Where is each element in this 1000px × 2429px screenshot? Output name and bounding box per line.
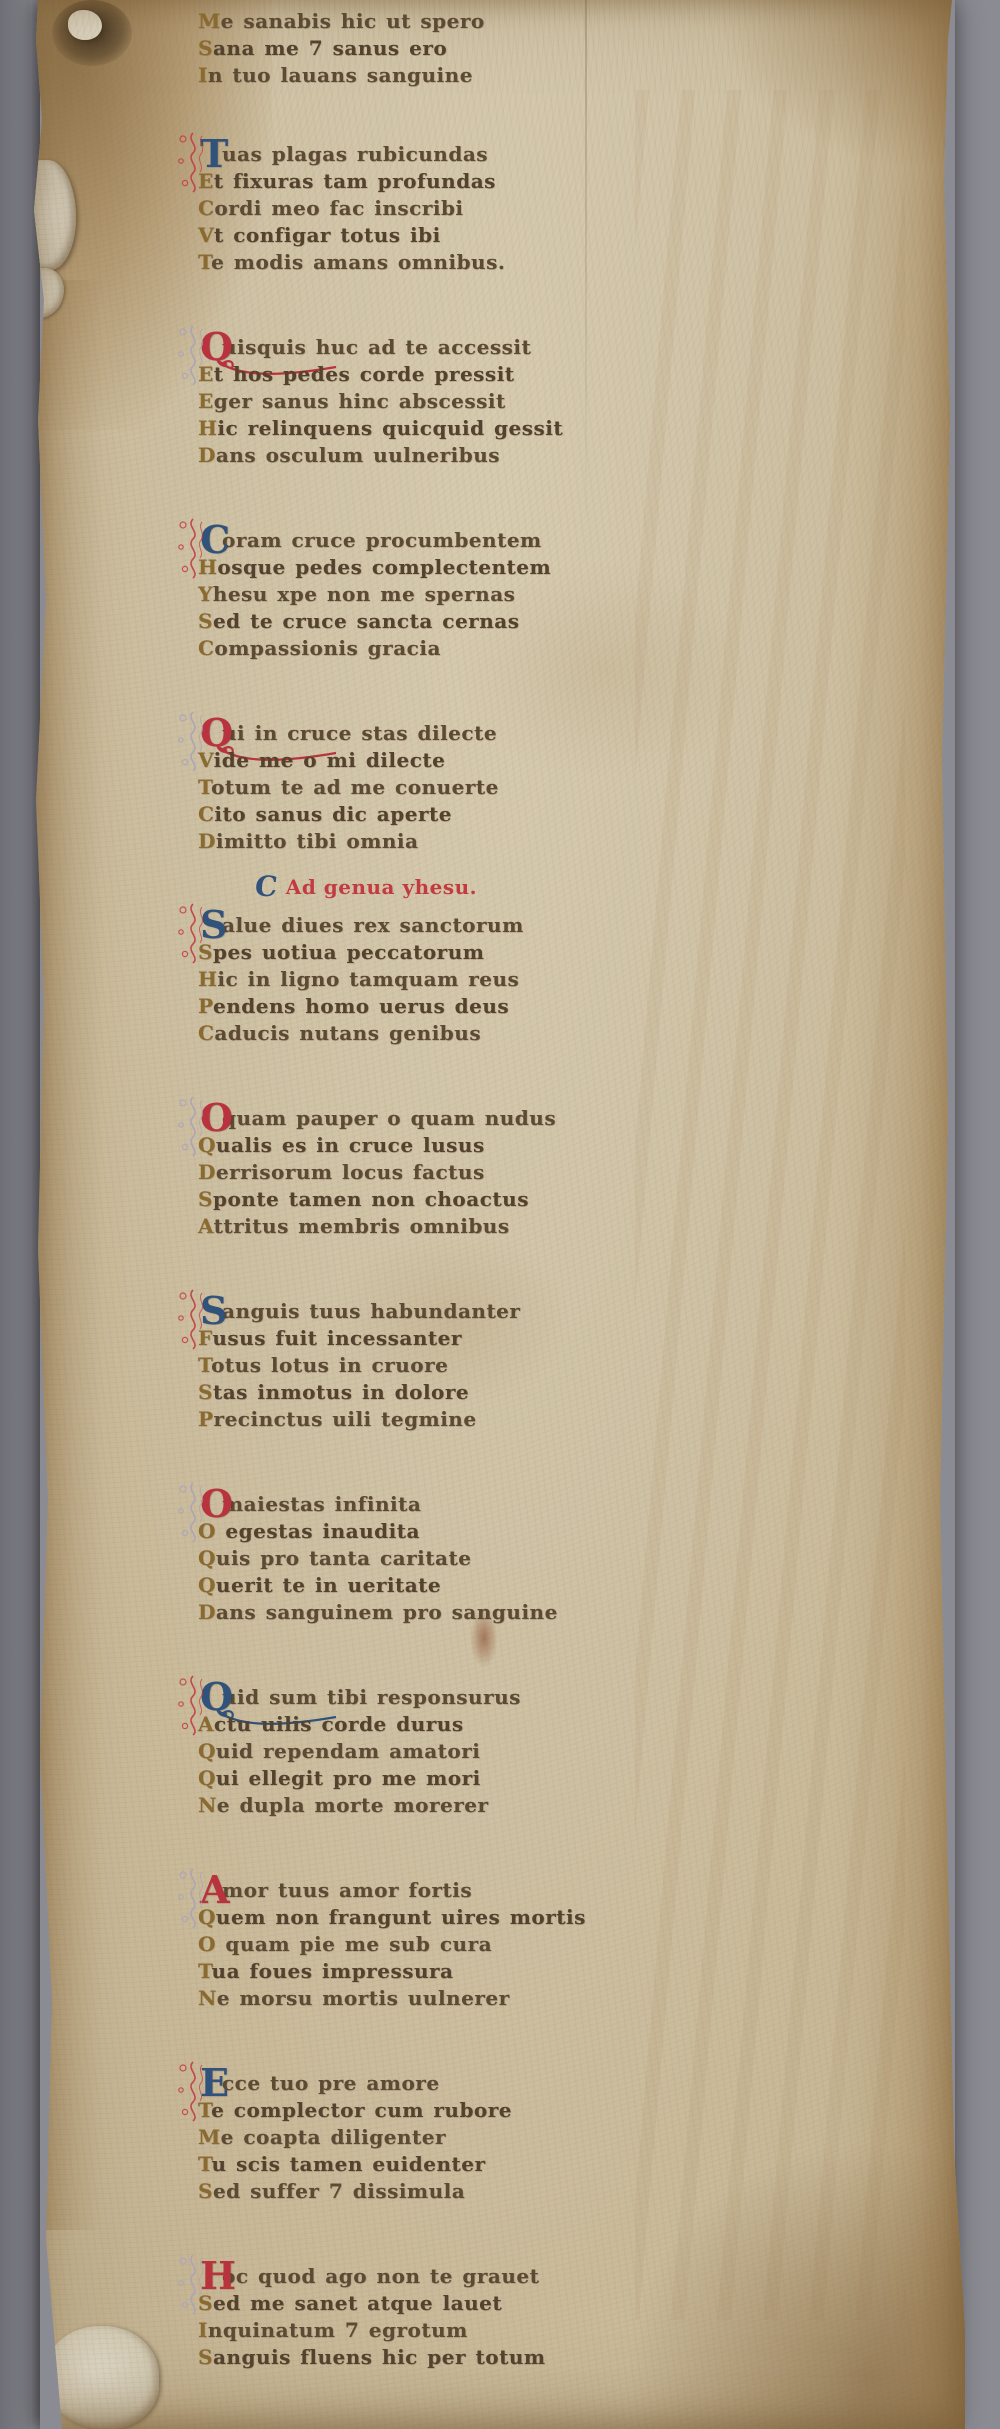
- line-initial-letter: C: [198, 802, 214, 826]
- stanza: Quid sum tibi responsurusActu uilis cord…: [160, 1684, 700, 1819]
- verse-line: Vide me o mi dilecte: [198, 747, 700, 774]
- stanza: O quam pauper o quam nudusQualis es in c…: [160, 1105, 700, 1240]
- verse-line: Totus lotus in cruore: [198, 1352, 700, 1379]
- verse-line: Amor tuus amor fortis: [198, 1877, 700, 1904]
- line-initial-letter: A: [198, 1214, 214, 1238]
- line-initial-letter: C: [198, 1021, 214, 1045]
- verse-line-text: otum te ad me conuerte: [211, 775, 499, 799]
- verse-line: Eger sanus hinc abscessit: [198, 388, 700, 415]
- verse-line: Sanguis tuus habundanter: [198, 1298, 700, 1325]
- verse-line: Me coapta diligenter: [198, 2124, 700, 2151]
- verse-line: Sed te cruce sancta cernas: [198, 608, 700, 635]
- line-initial-letter: N: [198, 1986, 217, 2010]
- verse-line: Hic relinquens quicquid gessit: [198, 415, 700, 442]
- line-initial-letter: S: [198, 1380, 213, 1404]
- line-initial-letter: T: [198, 2098, 211, 2122]
- verse-line-text: usus fuit incessanter: [212, 1326, 462, 1350]
- verse-line-text: ompassionis gracia: [214, 636, 440, 660]
- verse-line: Coram cruce procumbentem: [198, 527, 700, 554]
- line-initial-letter: T: [198, 250, 211, 274]
- verse-line: Ecce tuo pre amore: [198, 2070, 700, 2097]
- manuscript-photo: Me sanabis hic ut speroSana me 7 sanus e…: [0, 0, 1000, 2429]
- line-initial-letter: C: [198, 196, 214, 220]
- verse-line-text: ctu uilis corde durus: [214, 1712, 464, 1736]
- stanza: Qui in cruce stas dilecteVide me o mi di…: [160, 720, 700, 855]
- line-initial-letter: O: [198, 1519, 216, 1543]
- stanza: Tuas plagas rubicundasEt fixuras tam pro…: [160, 141, 700, 276]
- verse-line: Tua foues impressura: [198, 1958, 700, 1985]
- verse-line: Quis pro tanta caritate: [198, 1545, 700, 1572]
- verse-line: Precinctus uili tegmine: [198, 1406, 700, 1433]
- verse-line: Sana me 7 sanus ero: [198, 35, 700, 62]
- verse-line-text: tas inmotus in dolore: [213, 1380, 469, 1404]
- stanza: O maiestas infinitaO egestas inauditaQui…: [160, 1491, 700, 1626]
- line-initial-letter: D: [198, 1600, 216, 1624]
- verse-line-text: mor tuus amor fortis: [222, 1878, 472, 1902]
- verse-line: Tu scis tamen euidenter: [198, 2151, 700, 2178]
- stanza: Hoc quod ago non te grauetSed me sanet a…: [160, 2263, 700, 2371]
- verse-line-text: otus lotus in cruore: [211, 1353, 448, 1377]
- verse-line-text: e sanabis hic ut spero: [221, 9, 485, 33]
- verse-line-text: anguis fluens hic per totum: [213, 2345, 546, 2369]
- line-initial-letter: D: [198, 1160, 216, 1184]
- verse-line: Spes uotiua peccatorum: [198, 939, 700, 966]
- verse-line: Te complector cum rubore: [198, 2097, 700, 2124]
- verse-line-text: ua foues impressura: [212, 1959, 454, 1983]
- verse-line-text: ic relinquens quicquid gessit: [217, 416, 563, 440]
- line-initial-letter: V: [198, 748, 214, 772]
- verse-line: Tuas plagas rubicundas: [198, 141, 700, 168]
- backing-board-edge: [0, 0, 30, 2429]
- verse-line: Hosque pedes complectentem: [198, 554, 700, 581]
- line-initial-letter: D: [198, 829, 216, 853]
- line-initial-letter: T: [198, 1353, 211, 1377]
- verse-line: Te modis amans omnibus.: [198, 249, 700, 276]
- verse-line-text: uisquis huc ad te accessit: [222, 335, 531, 359]
- line-initial-letter: Q: [198, 1573, 216, 1597]
- line-initial-letter: E: [198, 389, 214, 413]
- verse-line: Et hos pedes corde pressit: [198, 361, 700, 388]
- line-initial-letter: D: [198, 443, 216, 467]
- verse-line: O quam pie me sub cura: [198, 1931, 700, 1958]
- rubric-text: Ad genua yhesu.: [286, 875, 477, 899]
- verse-line: Et fixuras tam profundas: [198, 168, 700, 195]
- line-initial-letter: E: [198, 362, 214, 386]
- line-initial-letter: H: [198, 416, 217, 440]
- line-initial-letter: T: [198, 2152, 212, 2176]
- stanza: Ecce tuo pre amoreTe complector cum rubo…: [160, 2070, 700, 2205]
- verse-line-text: ed suffer 7 dissimula: [213, 2179, 465, 2203]
- verse-line: In tuo lauans sanguine: [198, 62, 700, 89]
- verse-line-text: maiestas infinita: [222, 1492, 421, 1516]
- verse-line-text: u scis tamen euidenter: [212, 2152, 486, 2176]
- line-initial-letter: P: [198, 994, 213, 1018]
- verse-line-text: uerit te in ueritate: [216, 1573, 441, 1597]
- verse-line: Compassionis gracia: [198, 635, 700, 662]
- verse-line-text: e dupla morte morerer: [217, 1793, 489, 1817]
- line-initial-letter: A: [198, 1712, 214, 1736]
- verse-line: Fusus fuit incessanter: [198, 1325, 700, 1352]
- verse-line-text: egestas inaudita: [216, 1519, 420, 1543]
- verse-line: Cito sanus dic aperte: [198, 801, 700, 828]
- verse-line-text: ed te cruce sancta cernas: [213, 609, 520, 633]
- verse-line-text: n tuo lauans sanguine: [208, 63, 473, 87]
- verse-line-text: e coapta diligenter: [221, 2125, 446, 2149]
- verse-line-text: endens homo uerus deus: [213, 994, 509, 1018]
- verse-line: Quem non frangunt uires mortis: [198, 1904, 700, 1931]
- verse-line-text: t fixuras tam profundas: [214, 169, 496, 193]
- verse-line: Dans sanguinem pro sanguine: [198, 1599, 700, 1626]
- paraph-mark-icon: C: [254, 873, 280, 900]
- line-initial-letter: S: [198, 1187, 213, 1211]
- verse-line-text: e morsu mortis uulnerer: [217, 1986, 510, 2010]
- verse-line-text: recinctus uili tegmine: [214, 1407, 477, 1431]
- verse-line-text: ide me o mi dilecte: [214, 748, 446, 772]
- verse-line: Qualis es in cruce lusus: [198, 1132, 700, 1159]
- line-initial-letter: V: [198, 223, 214, 247]
- verse-line-text: ans osculum uulneribus: [216, 443, 500, 467]
- section-rubric: CAd genua yhesu.: [255, 873, 700, 900]
- stanza: Quisquis huc ad te accessitEt hos pedes …: [160, 334, 700, 469]
- verse-line: Ne morsu mortis uulnerer: [198, 1985, 700, 2012]
- verse-line-text: quam pauper o quam nudus: [222, 1106, 556, 1130]
- verse-line-text: anguis tuus habundanter: [222, 1299, 520, 1323]
- verse-line: Inquinatum 7 egrotum: [198, 2317, 700, 2344]
- verse-line: Caducis nutans genibus: [198, 1020, 700, 1047]
- stanza: Amor tuus amor fortisQuem non frangunt u…: [160, 1877, 700, 2012]
- line-initial-letter: Q: [198, 1905, 216, 1929]
- verse-line: Quid rependam amatori: [198, 1738, 700, 1765]
- verse-line: Derrisorum locus factus: [198, 1159, 700, 1186]
- stanza: Salue diues rex sanctorumSpes uotiua pec…: [160, 912, 700, 1047]
- verse-line-text: ana me 7 sanus ero: [213, 36, 447, 60]
- verse-line-text: t configar totus ibi: [214, 223, 441, 247]
- verse-line: Dans osculum uulneribus: [198, 442, 700, 469]
- verse-line-text: hesu xpe non me spernas: [213, 582, 516, 606]
- line-initial-letter: Q: [198, 1739, 216, 1763]
- verse-line-text: oram cruce procumbentem: [222, 528, 542, 552]
- verse-line-text: ger sanus hinc abscessit: [214, 389, 506, 413]
- verse-line: Sanguis fluens hic per totum: [198, 2344, 700, 2371]
- line-initial-letter: H: [198, 967, 217, 991]
- verse-line-text: pes uotiua peccatorum: [213, 940, 484, 964]
- verse-line: Querit te in ueritate: [198, 1572, 700, 1599]
- verse-line: Sponte tamen non choactus: [198, 1186, 700, 1213]
- verse-line: O maiestas infinita: [198, 1491, 700, 1518]
- line-initial-letter: S: [198, 36, 213, 60]
- stanza: Coram cruce procumbentemHosque pedes com…: [160, 527, 700, 662]
- verse-line: Hoc quod ago non te grauet: [198, 2263, 700, 2290]
- verse-line: Pendens homo uerus deus: [198, 993, 700, 1020]
- verse-line-text: ordi meo fac inscribi: [214, 196, 463, 220]
- line-initial-letter: I: [198, 63, 208, 87]
- line-initial-letter: M: [198, 2125, 221, 2149]
- line-initial-letter: C: [198, 636, 214, 660]
- line-initial-letter: P: [198, 1407, 214, 1431]
- verse-line: Hic in ligno tamquam reus: [198, 966, 700, 993]
- line-initial-letter: Y: [198, 582, 213, 606]
- verse-line: Dimitto tibi omnia: [198, 828, 700, 855]
- verse-line: Qui ellegit pro me mori: [198, 1765, 700, 1792]
- verse-line-text: t hos pedes corde pressit: [214, 362, 515, 386]
- line-initial-letter: T: [198, 775, 211, 799]
- verse-line-text: aducis nutans genibus: [214, 1021, 481, 1045]
- verse-line-text: ui ellegit pro me mori: [216, 1766, 481, 1790]
- verse-line-text: ttritus membris omnibus: [214, 1214, 510, 1238]
- stanza: Me sanabis hic ut speroSana me 7 sanus e…: [160, 8, 700, 89]
- line-initial-letter: T: [198, 1959, 212, 1983]
- verse-line-text: quam pie me sub cura: [216, 1932, 492, 1956]
- verse-line: Attritus membris omnibus: [198, 1213, 700, 1240]
- line-initial-letter: S: [198, 2179, 213, 2203]
- line-initial-letter: I: [198, 2318, 208, 2342]
- verse-line: Vt configar totus ibi: [198, 222, 700, 249]
- verse-line-text: nquinatum 7 egrotum: [208, 2318, 468, 2342]
- verse-line-text: cce tuo pre amore: [222, 2071, 440, 2095]
- verse-line-text: oc quod ago non te grauet: [222, 2264, 539, 2288]
- verse-line-text: uem non frangunt uires mortis: [216, 1905, 586, 1929]
- verse-line: Totum te ad me conuerte: [198, 774, 700, 801]
- verse-line-text: errisorum locus factus: [216, 1160, 485, 1184]
- line-initial-letter: O: [198, 1932, 216, 1956]
- stanza: Sanguis tuus habundanterFusus fuit inces…: [160, 1298, 700, 1433]
- line-initial-letter: M: [198, 9, 221, 33]
- line-initial-letter: S: [198, 609, 213, 633]
- verse-line: Cordi meo fac inscribi: [198, 195, 700, 222]
- verse-line: O quam pauper o quam nudus: [198, 1105, 700, 1132]
- verse-line-text: ed me sanet atque lauet: [213, 2291, 502, 2315]
- line-initial-letter: Q: [198, 1766, 216, 1790]
- line-initial-letter: S: [198, 2345, 213, 2369]
- verse-line-text: imitto tibi omnia: [216, 829, 419, 853]
- verse-line-text: uas plagas rubicundas: [222, 142, 488, 166]
- verse-line: Quid sum tibi responsurus: [198, 1684, 700, 1711]
- line-initial-letter: N: [198, 1793, 217, 1817]
- verse-line: Stas inmotus in dolore: [198, 1379, 700, 1406]
- verse-line-text: osque pedes complectentem: [217, 555, 551, 579]
- verse-line: Quisquis huc ad te accessit: [198, 334, 700, 361]
- line-initial-letter: F: [198, 1326, 212, 1350]
- verse-line: Me sanabis hic ut spero: [198, 8, 700, 35]
- verse-line: Yhesu xpe non me spernas: [198, 581, 700, 608]
- verse-line-text: uid rependam amatori: [216, 1739, 480, 1763]
- verse-line-text: ualis es in cruce lusus: [216, 1133, 485, 1157]
- verse-line: O egestas inaudita: [198, 1518, 700, 1545]
- line-initial-letter: Q: [198, 1133, 216, 1157]
- line-initial-letter: S: [198, 2291, 213, 2315]
- verse-line: Ne dupla morte morerer: [198, 1792, 700, 1819]
- line-initial-letter: S: [198, 940, 213, 964]
- text-column: Me sanabis hic ut speroSana me 7 sanus e…: [160, 8, 700, 2371]
- line-initial-letter: Q: [198, 1546, 216, 1570]
- verse-line: Salue diues rex sanctorum: [198, 912, 700, 939]
- verse-line-text: alue diues rex sanctorum: [222, 913, 524, 937]
- verse-line-text: uid sum tibi responsurus: [222, 1685, 521, 1709]
- line-initial-letter: H: [198, 555, 217, 579]
- verse-line-text: ic in ligno tamquam reus: [217, 967, 519, 991]
- verse-line-text: e complector cum rubore: [211, 2098, 512, 2122]
- verse-line-text: ponte tamen non choactus: [213, 1187, 529, 1211]
- verse-line: Sed me sanet atque lauet: [198, 2290, 700, 2317]
- verse-line: Sed suffer 7 dissimula: [198, 2178, 700, 2205]
- line-initial-letter: E: [198, 169, 214, 193]
- verse-line-text: ui in cruce stas dilecte: [222, 721, 497, 745]
- verse-line-text: e modis amans omnibus.: [211, 250, 505, 274]
- verse-line: Actu uilis corde durus: [198, 1711, 700, 1738]
- verse-line: Qui in cruce stas dilecte: [198, 720, 700, 747]
- verse-line-text: ito sanus dic aperte: [214, 802, 452, 826]
- verse-line-text: ans sanguinem pro sanguine: [216, 1600, 558, 1624]
- verse-line-text: uis pro tanta caritate: [216, 1546, 472, 1570]
